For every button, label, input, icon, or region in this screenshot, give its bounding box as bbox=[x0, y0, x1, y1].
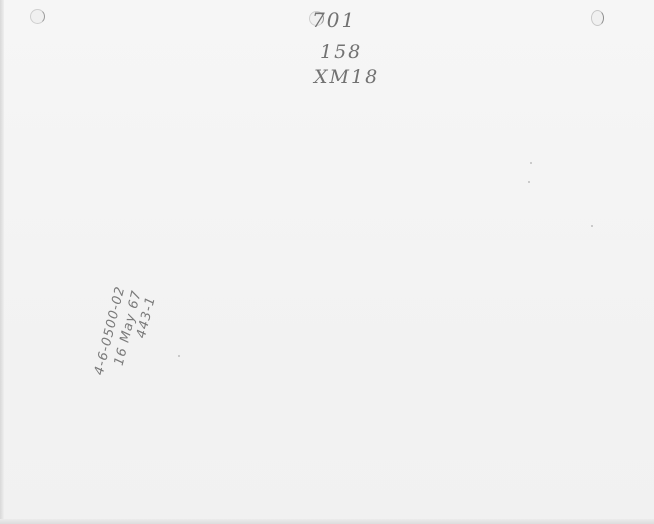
annotation-top-line-2: 158 bbox=[320, 41, 362, 63]
annotation-top-line-3: XM18 bbox=[314, 66, 379, 88]
scanned-page: 701 158 XM18 4-6-0500-02 16 May 67 443-1 bbox=[0, 0, 654, 524]
page-left-edge bbox=[0, 0, 4, 524]
paper-speck bbox=[528, 181, 530, 183]
paper-speck bbox=[591, 225, 593, 227]
page-bottom-edge bbox=[0, 519, 654, 524]
punch-hole-right bbox=[591, 10, 604, 26]
paper-speck bbox=[178, 355, 180, 357]
annotation-top-line-1: 701 bbox=[312, 8, 356, 32]
punch-hole-left bbox=[30, 9, 45, 24]
paper-speck bbox=[530, 162, 532, 164]
rotated-annotation-block: 4-6-0500-02 16 May 67 443-1 bbox=[91, 284, 161, 384]
